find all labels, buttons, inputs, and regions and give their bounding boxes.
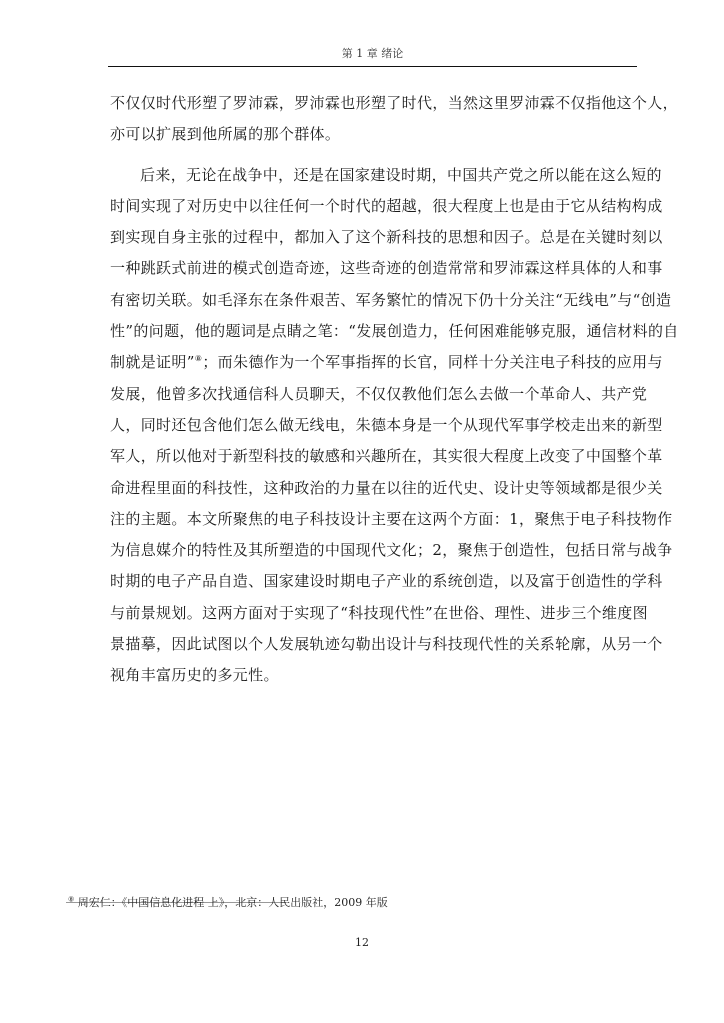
text-line: 一种跳跃式前进的模式创造奇迹，这些奇迹的创造常常和罗沛霖这样具体的人和事 <box>110 253 638 284</box>
text-line: 景描摹，因此试图以个人发展轨迹勾勒出设计与科技现代性的关系轮廓，从另一个 <box>110 629 638 660</box>
text-line: 性”的问题，他的题词是点睛之笔：“发展创造力，任何困难能够克服，通信材料的自 <box>110 316 638 347</box>
text-line: 发展，他曾多次找通信科人员聊天，不仅仅教他们怎么去做一个革命人、共产党 <box>110 379 638 410</box>
paragraph-2: 后来，无论在战争中，还是在国家建设时期，中国共产党之所以能在这么短的 时间实现了… <box>110 160 638 692</box>
page-number: 12 <box>0 936 724 949</box>
header-rule <box>108 66 637 67</box>
text-line-with-footnote-ref: 制就是证明”⑧；而朱德作为一个军事指挥的长官，同样十分关注电子科技的应用与 <box>110 347 638 378</box>
text-line: 亦可以扩展到他所属的那个群体。 <box>110 119 638 150</box>
text-line: 时间实现了对历史中以往任何一个时代的超越，很大程度上也是由于它从结构构成 <box>110 191 638 222</box>
text-line: 到实现自身主张的过程中，都加入了这个新科技的思想和因子。总是在关键时刻以 <box>110 222 638 253</box>
text-line: 不仅仅时代形塑了罗沛霖，罗沛霖也形塑了时代，当然这里罗沛霖不仅指他这个人， <box>110 88 638 119</box>
footnote: ⑧ 周宏仁：《中国信息化进程 上》，北京：人民出版社，2009 年版 <box>68 896 388 910</box>
footnote-mark: ⑧ <box>68 895 74 903</box>
text-line: 视角丰富历史的多元性。 <box>110 660 638 691</box>
text-line: 时期的电子产品自造、国家建设时期电子产业的系统创造，以及富于创造性的学科 <box>110 566 638 597</box>
footnote-text: 周宏仁：《中国信息化进程 上》，北京：人民出版社，2009 年版 <box>78 896 388 909</box>
text-line: 有密切关联。如毛泽东在条件艰苦、军务繁忙的情况下仍十分关注“无线电”与“创造 <box>110 285 638 316</box>
text-line: 注的主题。本文所聚焦的电子科技设计主要在这两个方面：1，聚焦于电子科技物作 <box>110 504 638 535</box>
text-line: 与前景规划。这两方面对于实现了“科技现代性”在世俗、理性、进步三个维度图 <box>110 598 638 629</box>
text-line: 为信息媒介的特性及其所塑造的中国现代文化；2，聚焦于创造性，包括日常与战争 <box>110 535 638 566</box>
text-segment: ；而朱德作为一个军事指挥的长官，同样十分关注电子科技的应用与 <box>202 353 663 371</box>
text-line: 后来，无论在战争中，还是在国家建设时期，中国共产党之所以能在这么短的 <box>110 160 638 191</box>
paragraph-1: 不仅仅时代形塑了罗沛霖，罗沛霖也形塑了时代，当然这里罗沛霖不仅指他这个人， 亦可… <box>110 88 638 151</box>
running-header: 第 1 章 绪论 <box>108 47 637 61</box>
text-line: 命进程里面的科技性，这种政治的力量在以往的近代史、设计史等领域都是很少关 <box>110 473 638 504</box>
text-line: 人，同时还包含他们怎么做无线电，朱德本身是一个从现代军事学校走出来的新型 <box>110 410 638 441</box>
paragraph-gap <box>110 151 638 160</box>
text-line: 军人，所以他对于新型科技的敏感和兴趣所在，其实很大程度上改变了中国整个革 <box>110 441 638 472</box>
text-segment: 制就是证明” <box>110 353 195 371</box>
body-text: 不仅仅时代形塑了罗沛霖，罗沛霖也形塑了时代，当然这里罗沛霖不仅指他这个人， 亦可… <box>110 88 638 692</box>
